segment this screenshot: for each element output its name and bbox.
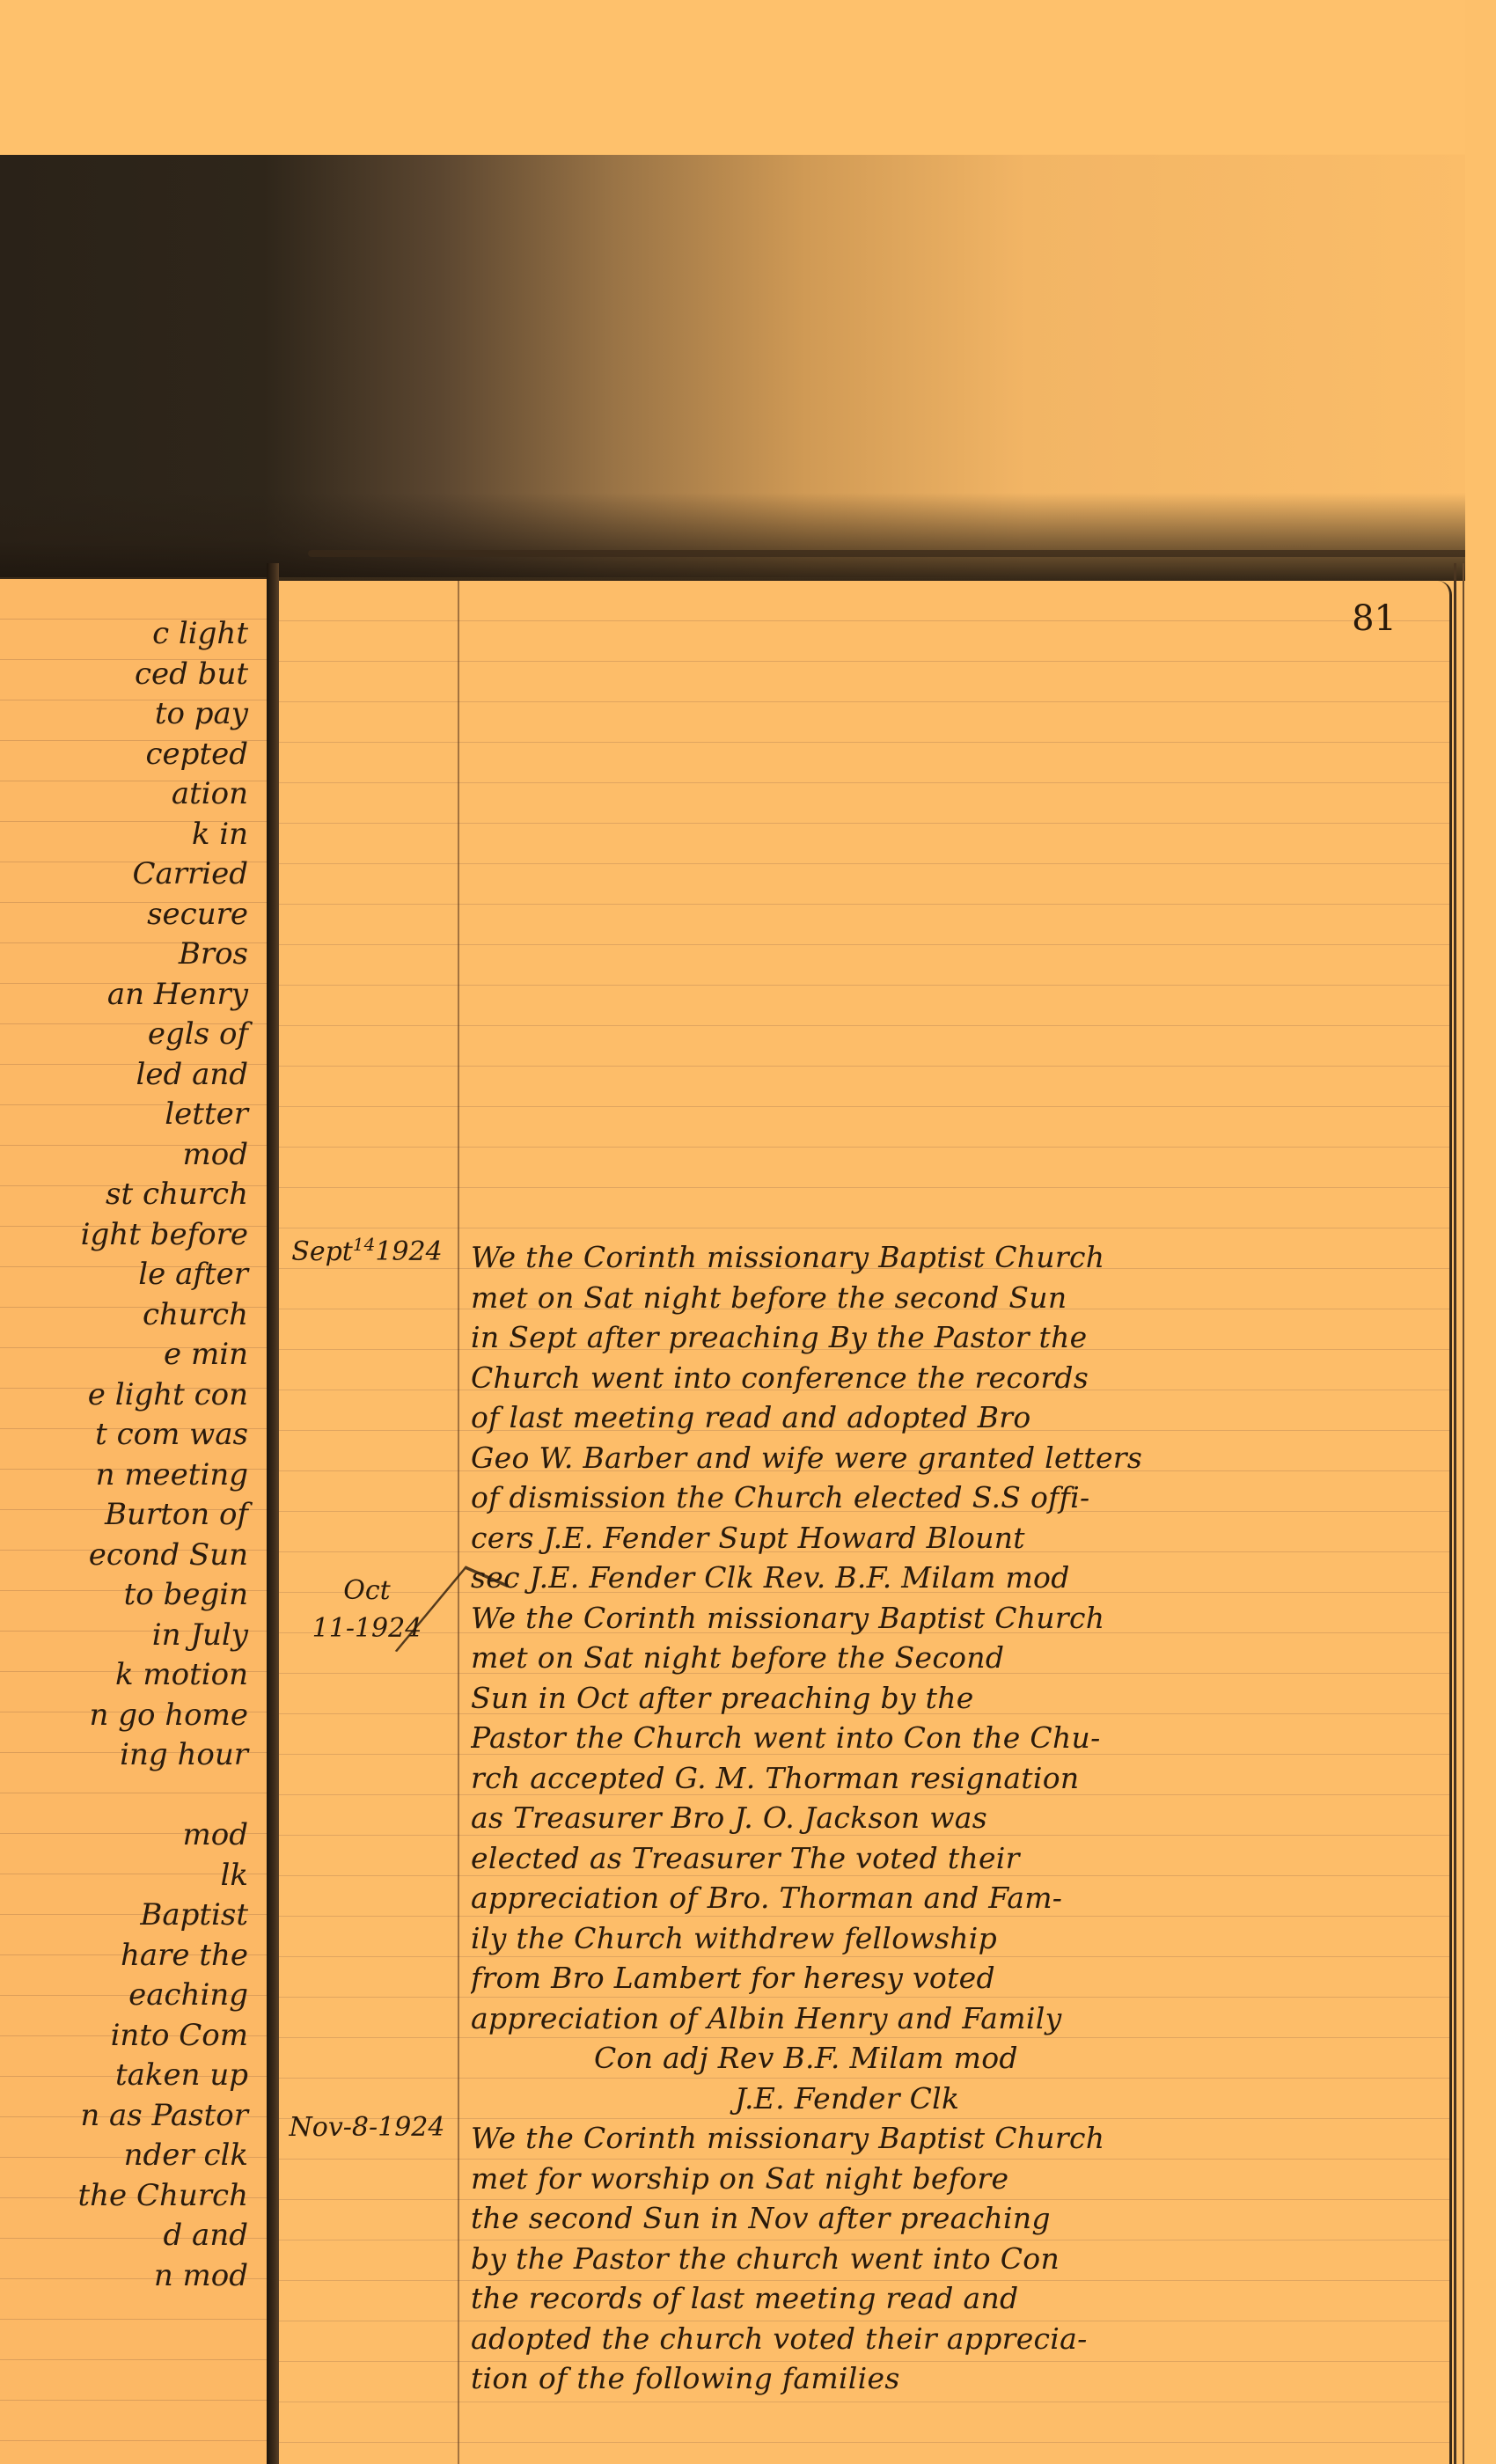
cover-edge	[308, 550, 1470, 557]
left-page-line: mod	[0, 1815, 264, 1856]
minutes-line: Pastor the Church went into Con the Chu-	[471, 1718, 1439, 1758]
minutes-line: Sun in Oct after preaching by the	[471, 1678, 1439, 1719]
minutes-line: appreciation of Bro. Thorman and Fam-	[471, 1878, 1439, 1918]
left-page-line: st church	[0, 1175, 264, 1215]
page-edge	[1463, 563, 1464, 2464]
left-page-line: d and	[0, 2216, 264, 2256]
minutes-line: sec J.E. Fender Clk Rev. B.F. Milam mod	[471, 1558, 1439, 1598]
left-page-line: nder clk	[0, 2136, 264, 2176]
left-page-line: k motion	[0, 1655, 264, 1696]
left-page-line: n go home	[0, 1696, 264, 1736]
left-page-line: e light con	[0, 1375, 264, 1416]
book-spine	[267, 563, 279, 2464]
left-page-line: lk	[0, 1856, 264, 1896]
left-page-line: hare the	[0, 1936, 264, 1976]
right-page: 81 Sept141924 Oct 11-1924 Nov-8-1924 We …	[279, 581, 1452, 2464]
left-page-line: secure	[0, 895, 264, 935]
left-page-line: to pay	[0, 694, 264, 735]
scan-top-margin	[0, 0, 1496, 154]
left-page-line: Baptist	[0, 1896, 264, 1936]
left-page-text: c lightced butto payceptedationk inCarri…	[0, 614, 264, 2296]
entry-date-nov: Nov-8-1924	[279, 2112, 455, 2143]
left-page-line: econd Sun	[0, 1536, 264, 1576]
left-page-line: taken up	[0, 2056, 264, 2096]
minutes-line: Geo W. Barber and wife were granted lett…	[471, 1438, 1439, 1478]
left-page-line: ation	[0, 774, 264, 815]
left-page-line: t com was	[0, 1415, 264, 1456]
minutes-line: met for worship on Sat night before	[471, 2159, 1439, 2199]
left-page-line: n as Pastor	[0, 2096, 264, 2137]
minutes-line: Con adj Rev B.F. Milam mod	[471, 2038, 1439, 2079]
date-day: 14	[353, 1234, 375, 1255]
minutes-line: Church went into conference the records	[471, 1358, 1439, 1398]
left-page-line: ight before	[0, 1215, 264, 1256]
minutes-line: of last meeting read and adopted Bro	[471, 1397, 1439, 1438]
left-page: c lightced butto payceptedationk inCarri…	[0, 579, 268, 2464]
date-month: Sept	[291, 1236, 353, 1267]
left-page-line: Bros	[0, 935, 264, 975]
left-page-line: an Henry	[0, 975, 264, 1016]
left-page-line: letter	[0, 1095, 264, 1135]
minutes-line: met on Sat night before the second Sun	[471, 1278, 1439, 1318]
page-edge	[1454, 563, 1456, 2464]
page-number: 81	[1352, 598, 1397, 639]
left-page-line: Burton of	[0, 1495, 264, 1536]
left-page-line: ced but	[0, 655, 264, 695]
left-page-line: cepted	[0, 735, 264, 775]
date-month: Oct	[279, 1575, 455, 1606]
minutes-line: from Bro Lambert for heresy voted	[471, 1958, 1439, 1998]
minutes-line: elected as Treasurer The voted their	[471, 1838, 1439, 1879]
left-page-line: mod	[0, 1135, 264, 1176]
left-page-line: to begin	[0, 1575, 264, 1616]
cover-shadow-gradient	[0, 493, 1465, 581]
left-page-line: ing hour	[0, 1735, 264, 1776]
minutes-line: adopted the church voted their apprecia-	[471, 2319, 1439, 2359]
left-page-line: into Com	[0, 2016, 264, 2057]
minutes-line: of dismission the Church elected S.S off…	[471, 1478, 1439, 1518]
entry-date-sept: Sept141924	[279, 1234, 455, 1267]
left-page-line: eaching	[0, 1976, 264, 2016]
minutes-line: We the Corinth missionary Baptist Church	[471, 1598, 1439, 1639]
left-page-line	[0, 1776, 264, 1816]
left-page-line: led and	[0, 1055, 264, 1096]
minutes-line: the records of last meeting read and	[471, 2278, 1439, 2319]
minutes-line: J.E. Fender Clk	[471, 2079, 1439, 2119]
left-page-line: in July	[0, 1616, 264, 1656]
left-page-line: le after	[0, 1255, 264, 1295]
minutes-line: We the Corinth missionary Baptist Church	[471, 1237, 1439, 1278]
left-page-line: c light	[0, 614, 264, 655]
minutes-line: met on Sat night before the Second	[471, 1638, 1439, 1678]
scan-right-margin	[1465, 0, 1496, 2464]
minutes-line: as Treasurer Bro J. O. Jackson was	[471, 1798, 1439, 1838]
minutes-line: in Sept after preaching By the Pastor th…	[471, 1317, 1439, 1358]
minutes-line: tion of the following families	[471, 2358, 1439, 2399]
minutes-line: rch accepted G. M. Thorman resignation	[471, 1758, 1439, 1799]
minutes-line: cers J.E. Fender Supt Howard Blount	[471, 1518, 1439, 1558]
left-page-line: k in	[0, 815, 264, 855]
minutes-line: ily the Church withdrew fellowship	[471, 1918, 1439, 1959]
left-page-line: n meeting	[0, 1456, 264, 1496]
left-page-line: e min	[0, 1335, 264, 1375]
minutes-line: the second Sun in Nov after preaching	[471, 2198, 1439, 2239]
left-page-line: church	[0, 1295, 264, 1336]
date-margin-rule	[458, 581, 459, 2464]
left-page-line: n mod	[0, 2256, 264, 2297]
minutes-line: by the Pastor the church went into Con	[471, 2239, 1439, 2279]
minutes-line: We the Corinth missionary Baptist Church	[471, 2118, 1439, 2159]
left-page-line: the Church	[0, 2176, 264, 2217]
minutes-entries: We the Corinth missionary Baptist Church…	[471, 1237, 1439, 2399]
left-page-line: Carried	[0, 854, 264, 895]
left-page-line: egls of	[0, 1015, 264, 1055]
minutes-line: appreciation of Albin Henry and Family	[471, 1998, 1439, 2039]
date-year: 1924	[375, 1236, 442, 1267]
